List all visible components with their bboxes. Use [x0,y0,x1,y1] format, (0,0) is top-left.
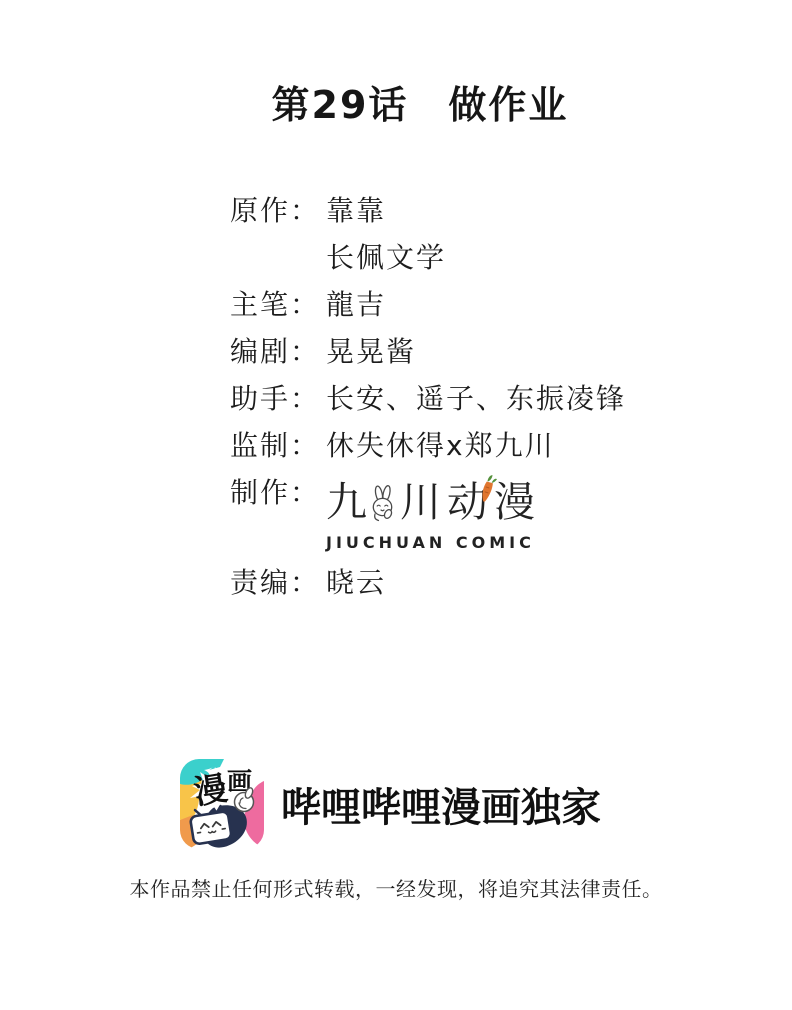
credits-page: 第29话 做作业 原作： 靠靠 长佩文学 主笔： 龍吉 编剧： 晃晃酱 助手： … [0,0,792,1010]
jiuchuan-logo-english: JIUCHUAN COMIC [326,533,535,552]
credit-value: 龍吉 [326,290,386,320]
credit-row-lead-artist: 主笔： 龍吉 [230,290,626,320]
credit-row-editor: 责编： 晓云 [230,568,626,598]
icon-char-man: 漫 [191,768,230,812]
credit-value: 晓云 [326,568,386,598]
credit-row-supervisors: 监制： 休失休得x郑九川 [230,431,626,461]
chapter-title: 第29话 做作业 [272,74,569,129]
credit-label: 编剧： [230,337,326,367]
credits-list: 原作： 靠靠 长佩文学 主笔： 龍吉 编剧： 晃晃酱 助手： 长安、遥子、东振凌… [230,196,626,615]
credit-label: 助手： [230,384,326,414]
credit-row-assistants: 助手： 长安、遥子、东振凌锋 [230,384,626,414]
credit-row-producer: 制作： 九 [230,478,626,554]
jiuchuan-comic-logo: 九 [326,478,541,554]
credit-label: 原作： [230,196,326,226]
credit-value: 靠靠 [326,196,386,226]
publisher-exclusive-text: 哔哩哔哩漫画独家 [281,776,601,833]
credit-row-original-author: 原作： 靠靠 [230,196,626,226]
copyright-notice: 本作品禁止任何形式转载，一经发现，将追究其法律责任。 [0,873,792,902]
logo-char-man: 漫 [494,480,541,524]
credit-value: 长佩文学 [326,243,446,273]
credit-value: 晃晃酱 [326,337,416,367]
bilibili-manga-app-icon: 漫 画 [180,759,264,849]
credit-label: 制作： [230,478,326,508]
credit-row-original-source: 长佩文学 [230,243,626,273]
credit-value: 休失休得x郑九川 [326,431,555,461]
credit-value: 长安、遥子、东振凌锋 [326,384,626,414]
publisher-banner: 漫 画 哔哩哔哩漫画独家 [180,759,601,849]
credit-label: 主笔： [230,290,326,320]
credit-label: 责编： [230,568,326,598]
credit-row-screenwriter: 编剧： 晃晃酱 [230,337,626,367]
jiuchuan-logo-chinese: 九 [326,478,541,524]
credit-label: 监制： [230,431,326,461]
logo-char-jiu: 九 [326,480,373,524]
rabbit-icon [369,484,399,524]
